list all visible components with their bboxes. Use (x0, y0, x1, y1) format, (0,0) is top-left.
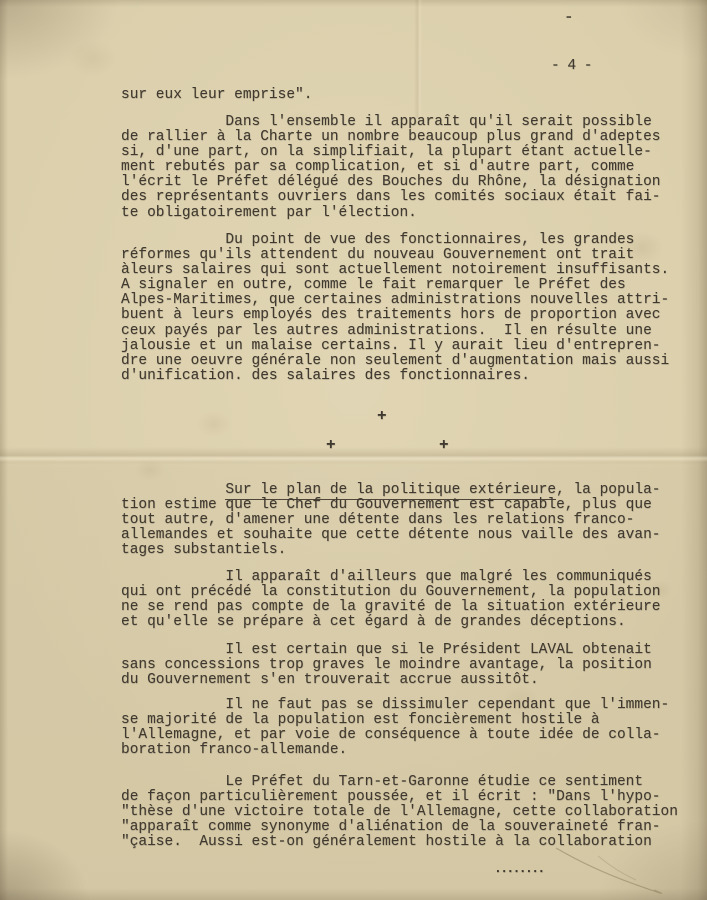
paragraph-tarn-et-garonne: Le Préfet du Tarn-et-Garonne étudie ce s… (121, 775, 678, 850)
text-line: réformes qu'ils attendent du nouveau Gou… (121, 248, 669, 263)
scanned-document-page: { "colors": { "paper": "#dbcfac", "ink":… (0, 0, 707, 900)
text-line: Il apparaît d'ailleurs que malgré les co… (121, 570, 661, 585)
text-line: se majorité de la population est foncièr… (121, 713, 669, 728)
text-line: Il ne faut pas se dissimuler cependant q… (121, 698, 669, 713)
paragraph-orphan-line: sur eux leur emprise". (121, 88, 312, 103)
plus-separator-mark: + (439, 437, 449, 453)
paragraph-laval: Il est certain que si le Président LAVAL… (121, 643, 652, 688)
text-line: qui ont précédé la constitution du Gouve… (121, 585, 661, 600)
page-number: - 4 - (551, 58, 592, 74)
text-line: boration franco-allemande. (121, 743, 669, 758)
ellipsis-dots: ........ (494, 861, 544, 876)
plus-separator-mark: + (377, 408, 387, 424)
plus-separator-mark: + (326, 437, 336, 453)
text-line: tages substantiels. (121, 543, 661, 558)
text-line: "çaise. Aussi est-on généralement hostil… (121, 835, 678, 850)
text-line: ceux payés par les autres administration… (121, 324, 669, 339)
text-line: jalousie et un malaise certains. Il y au… (121, 339, 669, 354)
text-line: d'unification. des salaires des fonction… (121, 369, 669, 384)
pen-dash-mark: - (564, 8, 574, 26)
text-line: tion estime que le Chef du Gouvernement … (121, 498, 661, 513)
text-line: sans concessions trop graves le moindre … (121, 658, 652, 673)
text-line: des représentants ouvriers dans les comi… (121, 190, 661, 205)
paragraph-communiques: Il apparaît d'ailleurs que malgré les co… (121, 570, 661, 630)
text-line: te obligatoirement par l'élection. (121, 206, 661, 221)
text-line: Il est certain que si le Président LAVAL… (121, 643, 652, 658)
text-line: dre une oeuvre générale non seulement d'… (121, 354, 669, 369)
fold-crease (0, 447, 707, 465)
paragraph-charte: Dans l'ensemble il apparaît qu'il serait… (121, 115, 661, 221)
text-line: Du point de vue des fonctionnaires, les … (121, 233, 669, 248)
text-line: Sur le plan de la politique extérieure, … (121, 483, 661, 498)
paragraph-fonctionnaires: Du point de vue des fonctionnaires, les … (121, 233, 669, 384)
text-line: de rallier à la Charte un nombre beaucou… (121, 130, 661, 145)
text-line: du Gouvernement s'en trouverait accrue a… (121, 673, 652, 688)
text-line: de façon particulièrement poussée, et il… (121, 790, 678, 805)
text-segment: , la popula- (556, 482, 660, 498)
text-line: et qu'elle se prépare à cet égard à de g… (121, 615, 661, 630)
text-line: Le Préfet du Tarn-et-Garonne étudie ce s… (121, 775, 678, 790)
vertical-fold (414, 0, 422, 118)
text-line: buent à leurs employés des traitements h… (121, 308, 669, 323)
text-line: sur eux leur emprise". (121, 88, 312, 103)
paragraph-politique-exterieure: Sur le plan de la politique extérieure, … (121, 483, 661, 558)
text-line: Dans l'ensemble il apparaît qu'il serait… (121, 115, 661, 130)
text-segment (121, 482, 225, 498)
paragraph-hostilite: Il ne faut pas se dissimuler cependant q… (121, 698, 669, 758)
